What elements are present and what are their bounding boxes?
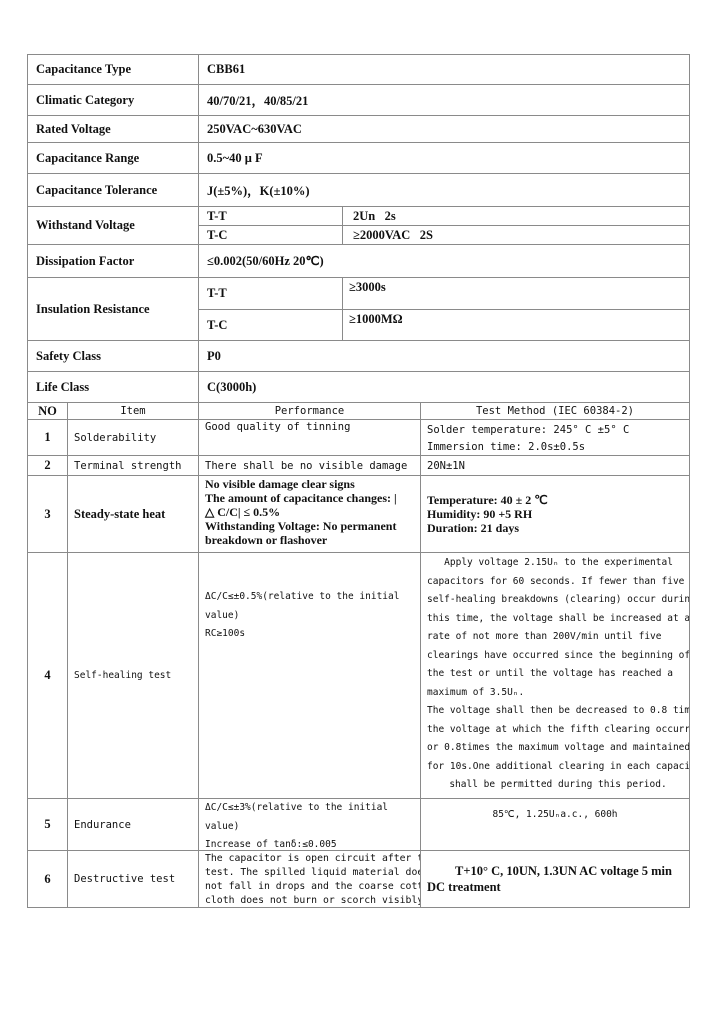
test-item: Steady-state heat [67,475,199,553]
test-performance: ΔC/C≤±3%(relative to the initialvalue)In… [198,798,421,851]
spec-sub-value: 2Un 2s [342,206,690,226]
spec-label: Capacitance Range [27,142,199,174]
tests-header-test: Test Method (IEC 60384-2) [420,402,690,420]
performance-line: RC≥100s [205,625,420,644]
test-item: Solderability [67,419,199,456]
performance-line: Good quality of tinning [205,421,414,433]
method-line: Solder temperature: 245° C ±5° C [427,422,689,439]
spec-label: Climatic Category [27,84,199,116]
method-line: T+10° C, 10UN, 1.3UN AC voltage 5 min [427,863,689,879]
test-method: T+10° C, 10UN, 1.3UN AC voltage 5 minDC … [420,850,690,908]
test-item: Destructive test [67,850,199,908]
performance-line: △ C/C| ≤ 0.5% [205,505,414,519]
test-item: Terminal strength [67,455,199,476]
test-performance: No visible damage clear signsThe amount … [198,475,421,553]
spec-label: Safety Class [27,340,199,372]
performance-line: The amount of capacitance changes: | [205,491,414,505]
test-method: Apply voltage 2.15Uₙ to the experimental… [420,552,690,799]
performance-line: There shall be no visible damage [205,460,407,472]
spec-value: ≤0.002(50/60Hz 20℃) [198,244,690,278]
test-no: 1 [27,419,68,456]
performance-line: Increase of tanδ:≤0.005 [205,836,420,851]
tests-header-performance: Performance [198,402,421,420]
spec-value: C(3000h) [198,371,690,403]
spec-label: Life Class [27,371,199,403]
performance-line: value) [205,607,420,626]
test-method: 85℃, 1.25Uₙa.c., 600h [420,798,690,851]
performance-line: not fall in drops and the coarse cotton [205,880,420,894]
performance-line: No visible damage clear signs [205,477,414,491]
spec-sub-key: T-C [198,225,343,245]
method-line: Duration: 21 days [427,521,689,535]
spec-sub-value: ≥3000s [342,277,690,310]
tests-header-no: NO [27,402,68,420]
method-line: for 10s.One additional clearing in each … [427,758,689,777]
spec-value: 0.5~40 μ F [198,142,690,174]
performance-line: The capacitor is open circuit after the [205,852,420,866]
method-line: 85℃, 1.25Uₙa.c., 600h [421,809,689,820]
spec-sub-key: T-T [198,277,343,310]
method-line: rate of not more than 200V/min until fiv… [427,628,689,647]
method-line: Humidity: 90 +5 RH [427,507,689,521]
method-line: Immersion time: 2.0s±0.5s [427,439,689,456]
performance-line: Withstanding Voltage: No permanent [205,519,414,533]
spec-label: Insulation Resistance [27,277,199,341]
spec-label: Capacitance Tolerance [27,173,199,207]
test-no: 2 [27,455,68,476]
test-item: Endurance [67,798,199,851]
performance-line: ΔC/C≤±0.5%(relative to the initial [205,588,420,607]
spec-sub-key: T-C [198,309,343,341]
spec-sub-value: ≥2000VAC 2S [342,225,690,245]
spec-value: 250VAC~630VAC [198,115,690,143]
spec-value: J(±5%)，K(±10%) [198,173,690,207]
spec-value: 40/70/21，40/85/21 [198,84,690,116]
method-line: this time, the voltage shall be increase… [427,610,689,629]
performance-line: value) [205,818,420,837]
method-line: clearings have occurred since the beginn… [427,647,689,666]
test-no: 5 [27,798,68,851]
performance-line: cloth does not burn or scorch visibly. [205,894,420,908]
test-performance: There shall be no visible damage [198,455,421,476]
spec-sub-value: ≥1000MΩ [342,309,690,341]
performance-line: breakdown or flashover [205,533,414,547]
method-line: maximum of 3.5Uₙ. [427,684,689,703]
spec-label: Withstand Voltage [27,206,199,245]
method-line: 20N±1N [427,460,465,472]
test-performance: ΔC/C≤±0.5%(relative to the initialvalue)… [198,552,421,799]
spec-label: Rated Voltage [27,115,199,143]
method-line: Apply voltage 2.15Uₙ to the experimental [427,554,689,573]
test-no: 3 [27,475,68,553]
method-line: Temperature: 40 ± 2 ℃ [427,493,689,507]
test-method: Solder temperature: 245° C ±5° CImmersio… [420,419,690,456]
spec-sub-key: T-T [198,206,343,226]
test-no: 4 [27,552,68,799]
method-line: the test or until the voltage has reache… [427,665,689,684]
performance-line: test. The spilled liquid material does [205,866,420,880]
spec-value: P0 [198,340,690,372]
method-line: DC treatment [427,879,689,895]
method-line: The voltage shall then be decreased to 0… [427,702,689,721]
test-method: 20N±1N [420,455,690,476]
method-line: the voltage at which the fifth clearing … [427,721,689,740]
method-line: self-healing breakdowns (clearing) occur… [427,591,689,610]
test-no: 6 [27,850,68,908]
spec-label: Dissipation Factor [27,244,199,278]
method-line: or 0.8times the maximum voltage and main… [427,739,689,758]
performance-line: ΔC/C≤±3%(relative to the initial [205,799,420,818]
spec-label: Capacitance Type [27,54,199,85]
tests-header-item: Item [67,402,199,420]
spec-value: CBB61 [198,54,690,85]
test-performance: Good quality of tinning [198,419,421,456]
test-method: Temperature: 40 ± 2 ℃Humidity: 90 +5 RHD… [420,475,690,553]
method-line: capacitors for 60 seconds. If fewer than… [427,573,689,592]
test-performance: The capacitor is open circuit after thet… [198,850,421,908]
test-item: Self-healing test [67,552,199,799]
method-line: shall be permitted during this period. [427,776,689,795]
